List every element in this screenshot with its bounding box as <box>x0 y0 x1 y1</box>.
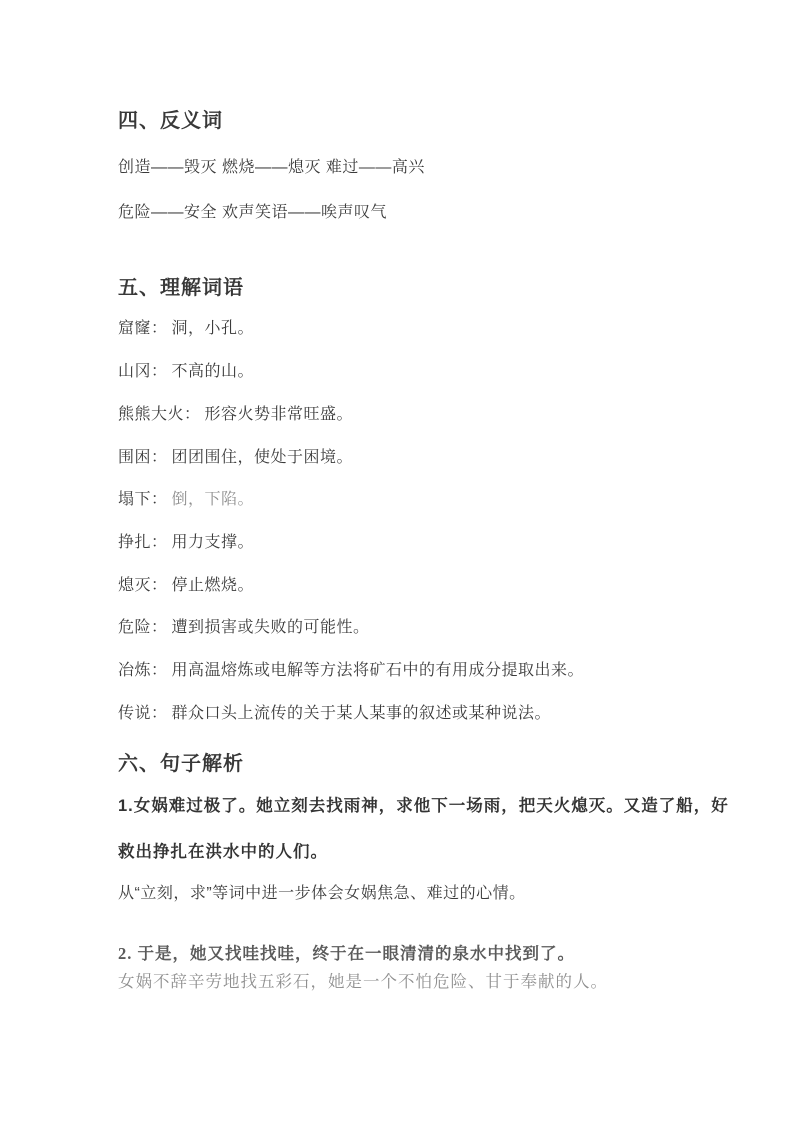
definition-row: 危险：遭到损害或失败的可能性。 <box>118 617 753 639</box>
definition-row: 熊熊大火：形容火势非常旺盛。 <box>118 404 753 426</box>
definition-row: 围困：团团围住，使处于困境。 <box>118 447 753 469</box>
section-heading-sentence-analysis: 六、句子解析 <box>118 751 753 778</box>
definition-text: 团团围住，使处于困境。 <box>172 449 354 466</box>
definition-row: 窟窿：洞，小孔。 <box>118 318 753 340</box>
definition-text: 洞，小孔。 <box>172 320 255 337</box>
section-heading-word-meanings: 五、理解词语 <box>118 275 753 302</box>
sentence-2-analysis: 女娲不辞辛劳地找五彩石，她是一个不怕危险、甘于奉献的人。 <box>118 971 753 993</box>
definition-row: 塌下：倒，下陷。 <box>118 489 753 511</box>
definition-text: 用高温熔炼或电解等方法将矿石中的有用成分提取出来。 <box>172 662 585 679</box>
definition-text: 遭到损害或失败的可能性。 <box>172 619 370 636</box>
definition-text: 停止燃烧。 <box>172 577 255 594</box>
definition-term: 窟窿： <box>118 320 168 337</box>
definition-term: 危险： <box>118 619 168 636</box>
definition-text: 用力支撑。 <box>172 534 255 551</box>
definition-row: 传说：群众口头上流传的关于某人某事的叙述或某种说法。 <box>118 703 753 725</box>
definition-term: 塌下： <box>118 491 168 508</box>
sentence-1-line-1: 1.女娲难过极了。她立刻去找雨神，求他下一场雨，把天火熄灭。又造了船，好 <box>118 795 753 817</box>
sentence-1-analysis: 从“立刻，求”等词中进一步体会女娲焦急、难过的心情。 <box>118 883 753 905</box>
definition-text: 形容火势非常旺盛。 <box>205 406 354 423</box>
antonym-pairs-line-2: 危险——安全 欢声笑语——唉声叹气 <box>118 202 753 224</box>
definition-row: 熄灭：停止燃烧。 <box>118 575 753 597</box>
definition-term: 冶炼： <box>118 662 168 679</box>
document-page: 四、反义词 创造——毁灭 燃烧——熄灭 难过——高兴 危险——安全 欢声笑语——… <box>0 0 793 1122</box>
definition-term: 熄灭： <box>118 577 168 594</box>
definition-term: 围困： <box>118 449 168 466</box>
definition-term: 熊熊大火： <box>118 406 201 423</box>
sentence-1-line-2: 救出挣扎在洪水中的人们。 <box>118 841 753 863</box>
definition-row: 山冈：不高的山。 <box>118 361 753 383</box>
section-heading-antonyms: 四、反义词 <box>118 108 753 135</box>
definition-text: 群众口头上流传的关于某人某事的叙述或某种说法。 <box>172 705 552 722</box>
definition-term: 挣扎： <box>118 534 168 551</box>
definition-term: 山冈： <box>118 363 168 380</box>
definition-text: 倒，下陷。 <box>172 491 255 508</box>
definition-row: 挣扎：用力支撑。 <box>118 532 753 554</box>
antonym-pairs-line-1: 创造——毁灭 燃烧——熄灭 难过——高兴 <box>118 157 753 179</box>
definition-term: 传说： <box>118 705 168 722</box>
sentence-2: 2. 于是，她又找哇找哇，终于在一眼清清的泉水中找到了。 <box>118 943 753 965</box>
definition-row: 冶炼：用高温熔炼或电解等方法将矿石中的有用成分提取出来。 <box>118 660 753 682</box>
definition-text: 不高的山。 <box>172 363 255 380</box>
